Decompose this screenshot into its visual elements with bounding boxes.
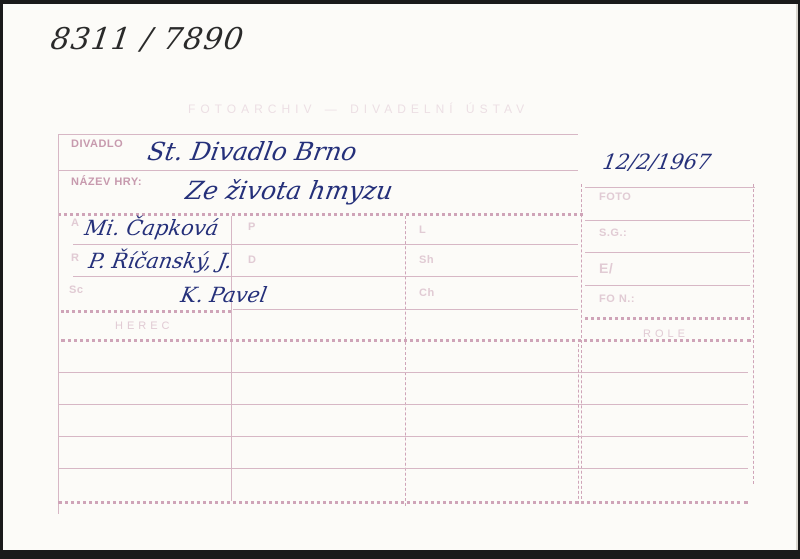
photographer-value: K. Pavel — [179, 283, 269, 307]
form-border-right — [753, 184, 754, 484]
form-line — [58, 134, 578, 135]
label-p: P — [248, 221, 256, 233]
form-line — [61, 310, 231, 313]
date-value: 12/2/1967 — [601, 150, 713, 174]
fon-label: FO N.: — [599, 293, 635, 305]
divadlo-value: St. Divadlo Brno — [145, 137, 359, 166]
label-d: D — [248, 254, 256, 266]
nazev-label: NÁZEV HRY: — [71, 176, 142, 188]
archive-number: 8311 / 7890 — [49, 22, 247, 57]
left-label-sc: Sc — [69, 284, 83, 296]
director-value: Mi. Čapková — [83, 216, 221, 240]
form-line — [233, 309, 578, 310]
form-line — [585, 220, 750, 221]
form-border-left — [58, 134, 59, 514]
form-divider — [405, 216, 406, 506]
form-divider — [581, 184, 582, 504]
left-label-a: A — [71, 217, 79, 229]
form-line — [73, 276, 578, 277]
form-line — [585, 317, 750, 320]
role-header: ROLE — [643, 328, 689, 340]
label-l: L — [419, 224, 426, 236]
form-line — [73, 244, 578, 245]
form-line — [58, 170, 578, 171]
left-label-r: R — [71, 252, 79, 264]
form-line — [585, 187, 755, 188]
table-row-line — [58, 404, 748, 405]
archive-photo-card: 8311 / 7890 FOTOARCHIV — DIVADELNÍ ÚSTAV… — [3, 4, 798, 550]
label-sh: Sh — [419, 254, 434, 266]
designer-value: P. Říčanský, J. — [87, 249, 234, 273]
table-row-line — [58, 468, 748, 469]
table-row-line — [58, 372, 748, 373]
form-line — [585, 252, 750, 253]
table-row-line — [58, 436, 748, 437]
foto-label: FOTO — [599, 191, 631, 203]
table-bottom-line — [58, 501, 748, 504]
e-label: E/ — [599, 260, 613, 276]
herec-header: HEREC — [115, 320, 174, 332]
sg-label: S.G.: — [599, 227, 627, 239]
label-ch: Ch — [419, 287, 435, 299]
archive-stamp: FOTOARCHIV — DIVADELNÍ ÚSTAV — [188, 102, 529, 116]
form-divider — [578, 344, 579, 504]
nazev-value: Ze života hmyzu — [183, 176, 395, 205]
divadlo-label: DIVADLO — [71, 138, 123, 150]
form-line — [585, 285, 750, 286]
